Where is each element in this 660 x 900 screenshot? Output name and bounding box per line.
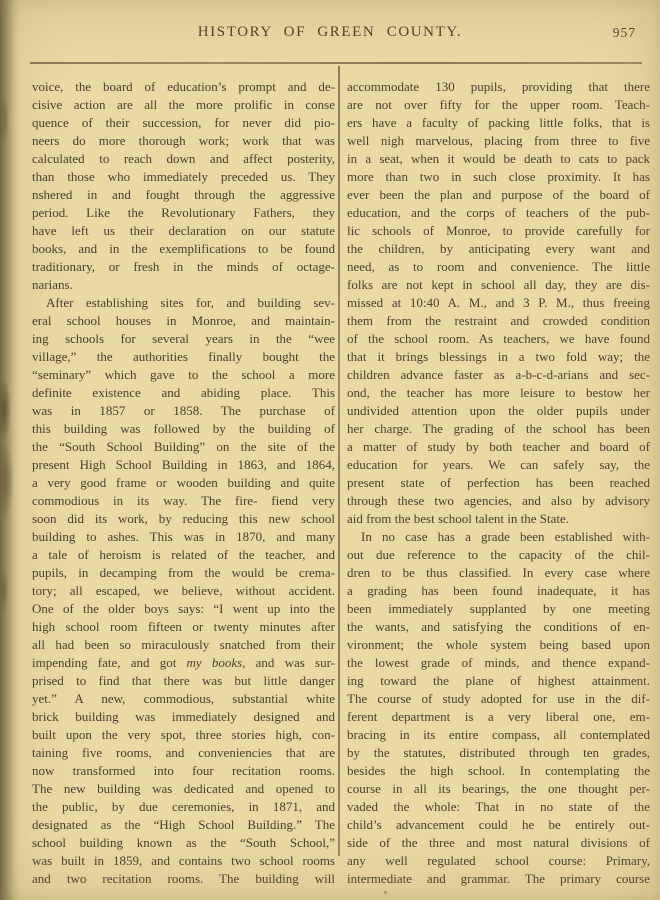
text-line: nshered in and fought through the aggres… [32, 186, 335, 204]
text-line: aid from the best school talent in the S… [347, 510, 650, 528]
text-line: The course of study adopted for use in t… [347, 690, 650, 708]
text-line: eral school houses in Monroe, and mainta… [32, 312, 335, 330]
text-line: all had been so miraculously snatched fr… [32, 636, 335, 654]
text-line: One of the older boys says: “I went up i… [32, 600, 335, 618]
text-line: this building was followed by the buildi… [32, 420, 335, 438]
text-line: prised to find that there was but little… [32, 672, 335, 690]
text-line: ferent department is a very liberal one,… [347, 708, 650, 726]
left-column: voice, the board of education’s prompt a… [32, 78, 335, 888]
text-line: narians. [32, 276, 335, 294]
text-line: out due reference to the capacity of the… [347, 546, 650, 564]
text-line: now transformed into four recitation roo… [32, 762, 335, 780]
text-line: designated as the “High School Building.… [32, 816, 335, 834]
text-line: pupils, in decamping from the would be c… [32, 564, 335, 582]
text-line: the “South School Building” on the site … [32, 438, 335, 456]
text-line: ing schools for several years in the “we… [32, 330, 335, 348]
text-line: a matter of study by both teacher and bo… [347, 438, 650, 456]
text-line: are not over fifty for the upper room. T… [347, 96, 650, 114]
text-line: The new building was dedicated and opene… [32, 780, 335, 798]
text-line: a grading has been found inadequate, it … [347, 582, 650, 600]
text-line: course in all its bearings, the one thou… [347, 780, 650, 798]
text-line: village,” the authorities finally bought… [32, 348, 335, 366]
text-line: vaded the whole: That in no state of the [347, 798, 650, 816]
text-line: have left us their declaration on our st… [32, 222, 335, 240]
text-line: her charge. The grading of the school ha… [347, 420, 650, 438]
text-line: well nigh marvelous, placing from three … [347, 132, 650, 150]
text-line: education for years. We can safely say, … [347, 456, 650, 474]
text-line: through these two agencies, and also by … [347, 492, 650, 510]
text-line: In no case has a grade been established … [347, 528, 650, 546]
text-line: of the school room. As teachers, we have… [347, 330, 650, 348]
text-line: child’s advancement could he be entirely… [347, 816, 650, 834]
text-line: than those who immediately preceded us. … [32, 168, 335, 186]
text-line: definite existence and abiding place. Th… [32, 384, 335, 402]
book-binding-edge [0, 0, 20, 900]
text-line: the children, by anticipating every want… [347, 240, 650, 258]
text-line: been immediately supplanted by one meeti… [347, 600, 650, 618]
text-line: ing toward the plane of highest attainme… [347, 672, 650, 690]
text-line: lic schools of Monroe, to provide carefu… [347, 222, 650, 240]
text-line: yet.” A new, commodious, substantial whi… [32, 690, 335, 708]
text-line: school building known as the “South Scho… [32, 834, 335, 852]
text-line: brick building was immediately designed … [32, 708, 335, 726]
text-line: accommodate 130 pupils, providing that t… [347, 78, 650, 96]
right-column: accommodate 130 pupils, providing that t… [347, 78, 650, 888]
text-line: need, as to room and convenience. The li… [347, 258, 650, 276]
text-line: high school room fifteen or twenty minut… [32, 618, 335, 636]
text-line: that it brings blessings in a two fold w… [347, 348, 650, 366]
text-line: neers do more thorough work; work that w… [32, 132, 335, 150]
paper-speck [384, 891, 387, 894]
text-line: the lowest grade of minds, and thence ex… [347, 654, 650, 672]
column-divider [338, 66, 340, 856]
text-line: a tale of heroism is related of the teac… [32, 546, 335, 564]
text-line: taining five rooms, and conveniencies th… [32, 744, 335, 762]
text-line: quence of their succession, for never di… [32, 114, 335, 132]
text-line: and two recitation rooms. The building w… [32, 870, 335, 888]
text-line: voice, the board of education’s prompt a… [32, 78, 335, 96]
text-line: present state of perfection has been rea… [347, 474, 650, 492]
text-line: tory; all escaped, we believe, without a… [32, 582, 335, 600]
text-line: After establishing sites for, and buildi… [32, 294, 335, 312]
text-line: the wants, and satisfying the conditions… [347, 618, 650, 636]
text-line: was in 1857 or 1858. The purchase of [32, 402, 335, 420]
text-line: bracing in its entire compass, all conte… [347, 726, 650, 744]
text-line: any well regulated school course: Primar… [347, 852, 650, 870]
text-line: folks are not kept in school all day, th… [347, 276, 650, 294]
header-rule [30, 62, 642, 64]
text-line: undivided attention upon the older pupil… [347, 402, 650, 420]
text-line: more than two in such close proximity. I… [347, 168, 650, 186]
text-line: intermediate and grammar. The primary co… [347, 870, 650, 888]
text-line: missed at 10:40 A. M., and 3 P. M., thus… [347, 294, 650, 312]
text-line: side of the three and most natural divis… [347, 834, 650, 852]
text-line: books, and in the exemplifications to be… [32, 240, 335, 258]
page-number: 957 [613, 25, 636, 41]
text-line: education, and the corps of teachers of … [347, 204, 650, 222]
text-line: them from the restraint and crowded cond… [347, 312, 650, 330]
text-line: built upon the very spot, three stories … [32, 726, 335, 744]
text-line: cisive action are all the more prolific … [32, 96, 335, 114]
page-header-title: HISTORY OF GREEN COUNTY. [0, 24, 660, 41]
text-line: the public, by due ceremonies, in 1871, … [32, 798, 335, 816]
text-line: dren to be thus classified. In every cas… [347, 564, 650, 582]
text-line: present High School Building in 1863, an… [32, 456, 335, 474]
text-line: building to ashes. This was in 1870, and… [32, 528, 335, 546]
text-line: children advance faster as a-b-c-d-arian… [347, 366, 650, 384]
text-line: ers have a faculty of packing little fol… [347, 114, 650, 132]
text-line: in a seat, when it would be death to cat… [347, 150, 650, 168]
text-line: calculated to reach down and affect post… [32, 150, 335, 168]
text-line: ond, the teacher has more leisure to bes… [347, 384, 650, 402]
text-line: besides the high school. In contemplatin… [347, 762, 650, 780]
text-line: period. Like the Revolutionary Fathers, … [32, 204, 335, 222]
text-line: impending fate, and got my books, and wa… [32, 654, 335, 672]
text-line: traditionary, or fresh in the minds of o… [32, 258, 335, 276]
text-line: was built in 1859, and contains two scho… [32, 852, 335, 870]
text-line: vironment; the whole system being based … [347, 636, 650, 654]
text-line: “seminary” which gave to the school a mo… [32, 366, 335, 384]
text-line: commodious in its way. The fire- fiend v… [32, 492, 335, 510]
text-line: by the statutes, distributed through ten… [347, 744, 650, 762]
text-line: a very good frame or wooden building and… [32, 474, 335, 492]
text-line: soon did its work, by reducing this new … [32, 510, 335, 528]
text-line: ever been the plan and purpose of the bo… [347, 186, 650, 204]
